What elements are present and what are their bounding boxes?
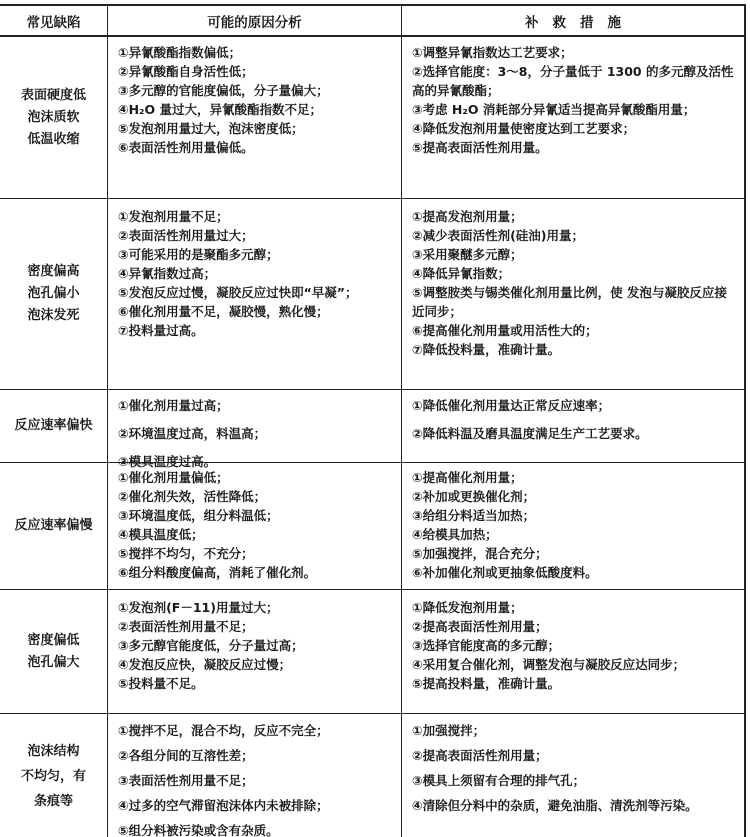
remedies-cell: ①加强搅拌； ②提高表面活性剂用量； ③模具上须留有合理的排气孔； ④清除但分料… bbox=[402, 714, 744, 837]
defect-line: 低温收缩 bbox=[21, 129, 86, 151]
remedy-item: ⑥提高催化剂用量或用活性大的； bbox=[412, 321, 738, 340]
remedies-cell: ①降低催化剂用量达正常反应速率； ②降低料温及磨具温度满足生产工艺要求。 bbox=[402, 390, 744, 462]
defect-line: 泡沫结构 bbox=[21, 739, 86, 764]
cause-item: ②各组分间的互溶性差； bbox=[118, 743, 401, 768]
table-row: 密度偏低 泡孔偏大 ①发泡剂(F－11)用量过大； ②表面活性剂用量不足； ③多… bbox=[0, 590, 744, 714]
cause-item: ②环境温度过高，料温高； bbox=[118, 420, 401, 448]
remedy-item: ①提高发泡剂用量； bbox=[412, 207, 738, 226]
cause-item: ①异氰酸酯指数偏低； bbox=[118, 43, 401, 62]
cause-item: ⑤发泡反应过慢，凝胶反应过快即“早凝”； bbox=[118, 283, 401, 302]
header-remedies: 补救措施 bbox=[402, 6, 744, 35]
cause-item: ⑤发泡剂用量过大，泡沫密度低； bbox=[118, 119, 401, 138]
header-defect-label: 常见缺陷 bbox=[27, 11, 81, 31]
remedy-item: ⑤提高表面活性剂用量。 bbox=[412, 138, 738, 157]
table-row: 反应速率偏快 ①催化剂用量过高； ②环境温度过高，料温高； ③模具温度过高。 ①… bbox=[0, 390, 744, 463]
remedy-item: ⑦降低投料量，准确计量。 bbox=[412, 340, 738, 359]
remedy-item: ④降低异氰指数； bbox=[412, 264, 738, 283]
remedies-cell: ①降低发泡剂用量； ②提高表面活性剂用量； ③选择官能度高的多元醇； ④采用复合… bbox=[402, 590, 744, 713]
defect-cell: 反应速率偏慢 bbox=[0, 463, 108, 589]
causes-cell: ①发泡剂(F－11)用量过大； ②表面活性剂用量不足； ③多元醇官能度低，分子量… bbox=[108, 590, 402, 713]
cause-item: ②异氰酸酯自身活性低； bbox=[118, 62, 401, 81]
remedy-item: ③采用聚醚多元醇； bbox=[412, 245, 738, 264]
cause-item: ①搅拌不足，混合不均，反应不完全； bbox=[118, 718, 401, 743]
remedy-item: ②选择官能度：3～8，分子量低于 1300 的多元醇及活性高的异氰酸酯； bbox=[412, 62, 738, 100]
cause-item: ④模具温度低； bbox=[118, 525, 401, 544]
remedies-cell: ①调整异氰指数达工艺要求； ②选择官能度：3～8，分子量低于 1300 的多元醇… bbox=[402, 37, 744, 198]
remedies-cell: ①提高催化剂用量； ②补加或更换催化剂； ③给组分料适当加热； ④给模具加热； … bbox=[402, 463, 744, 589]
remedy-item: ⑤调整胺类与锡类催化剂用量比例，使 发泡与凝胶反应接近同步； bbox=[412, 283, 738, 321]
remedy-item: ②提高表面活性剂用量； bbox=[412, 617, 738, 636]
remedy-item: ②补加或更换催化剂； bbox=[412, 487, 738, 506]
remedy-item: ②减少表面活性剂(硅油)用量； bbox=[412, 226, 738, 245]
defect-cell: 表面硬度低 泡沫质软 低温收缩 bbox=[0, 37, 108, 198]
remedy-item: ⑤加强搅拌，混合充分； bbox=[412, 544, 738, 563]
cause-item: ④H₂O 量过大，异氰酸酯指数不足； bbox=[118, 100, 401, 119]
defect-line: 表面硬度低 bbox=[21, 85, 86, 107]
defect-line: 反应速率偏慢 bbox=[14, 515, 92, 537]
remedy-item: ③给组分料适当加热； bbox=[412, 506, 738, 525]
cause-item: ⑦投料量过高。 bbox=[118, 321, 401, 340]
cause-item: ①催化剂用量过高； bbox=[118, 392, 401, 420]
remedy-item: ④降低发泡剂用量使密度达到工艺要求； bbox=[412, 119, 738, 138]
remedy-item: ⑥补加催化剂或更抽象低酸度料。 bbox=[412, 563, 738, 582]
table-row: 表面硬度低 泡沫质软 低温收缩 ①异氰酸酯指数偏低； ②异氰酸酯自身活性低； ③… bbox=[0, 37, 744, 199]
cause-item: ⑥催化剂用量不足，凝胶慢，熟化慢； bbox=[118, 302, 401, 321]
table-row: 反应速率偏慢 ①催化剂用量偏低； ②催化剂失效，活性降低； ③环境温度低，组分料… bbox=[0, 463, 744, 590]
defect-line: 泡孔偏小 bbox=[27, 283, 79, 305]
cause-item: ⑤搅拌不均匀，不充分； bbox=[118, 544, 401, 563]
cause-item: ⑤投料量不足。 bbox=[118, 674, 401, 693]
remedy-item: ①降低催化剂用量达正常反应速率； bbox=[412, 392, 738, 420]
defect-line: 密度偏高 bbox=[27, 261, 79, 283]
defect-line: 反应速率偏快 bbox=[14, 415, 92, 437]
defect-line: 泡孔偏大 bbox=[27, 652, 79, 674]
cause-item: ⑥表面活性剂用量偏低。 bbox=[118, 138, 401, 157]
cause-item: ①发泡剂(F－11)用量过大； bbox=[118, 598, 401, 617]
defect-line: 条痕等 bbox=[21, 789, 86, 814]
causes-cell: ①搅拌不足，混合不均，反应不完全； ②各组分间的互溶性差； ③表面活性剂用量不足… bbox=[108, 714, 402, 837]
remedy-item: ③考虑 H₂O 消耗部分异氰适当提高异氰酸酯用量； bbox=[412, 100, 738, 119]
cause-item: ④发泡反应快，凝胶反应过慢； bbox=[118, 655, 401, 674]
cause-item: ③多元醇官能度低，分子量过高； bbox=[118, 636, 401, 655]
cause-item: ③表面活性剂用量不足； bbox=[118, 768, 401, 793]
defect-line: 不均匀，有 bbox=[21, 764, 86, 789]
cause-item: ②催化剂失效，活性降低； bbox=[118, 487, 401, 506]
remedies-cell: ①提高发泡剂用量； ②减少表面活性剂(硅油)用量； ③采用聚醚多元醇； ④降低异… bbox=[402, 199, 744, 389]
cause-item: ③多元醇的官能度偏低，分子量偏大； bbox=[118, 81, 401, 100]
remedy-item: ③选择官能度高的多元醇； bbox=[412, 636, 738, 655]
causes-cell: ①催化剂用量过高； ②环境温度过高，料温高； ③模具温度过高。 bbox=[108, 390, 402, 462]
defect-line: 泡沫发死 bbox=[27, 305, 79, 327]
defect-cell: 密度偏低 泡孔偏大 bbox=[0, 590, 108, 713]
cause-item: ③可能采用的是聚酯多元醇； bbox=[118, 245, 401, 264]
cause-item: ⑥组分料酸度偏高，消耗了催化剂。 bbox=[118, 563, 401, 582]
header-causes: 可能的原因分析 bbox=[108, 6, 402, 35]
remedy-item: ④给模具加热； bbox=[412, 525, 738, 544]
header-remedies-label: 补救措施 bbox=[511, 11, 635, 31]
defects-table: 常见缺陷 可能的原因分析 补救措施 表面硬度低 泡沫质软 低温收缩 ①异氰酸酯指… bbox=[0, 4, 746, 837]
remedy-item: ④采用复合催化剂，调整发泡与凝胶反应达同步； bbox=[412, 655, 738, 674]
table-row: 密度偏高 泡孔偏小 泡沫发死 ①发泡剂用量不足； ②表面活性剂用量过大； ③可能… bbox=[0, 199, 744, 390]
cause-item: ①发泡剂用量不足； bbox=[118, 207, 401, 226]
remedy-item: ②降低料温及磨具温度满足生产工艺要求。 bbox=[412, 420, 738, 448]
remedy-item: ⑤提高投料量，准确计量。 bbox=[412, 674, 738, 693]
cause-item: ①催化剂用量偏低； bbox=[118, 468, 401, 487]
causes-cell: ①催化剂用量偏低； ②催化剂失效，活性降低； ③环境温度低，组分料温低； ④模具… bbox=[108, 463, 402, 589]
defect-cell: 泡沫结构 不均匀，有 条痕等 bbox=[0, 714, 108, 837]
defect-line: 密度偏低 bbox=[27, 630, 79, 652]
defect-cell: 密度偏高 泡孔偏小 泡沫发死 bbox=[0, 199, 108, 389]
defect-line: 泡沫质软 bbox=[21, 107, 86, 129]
header-defect: 常见缺陷 bbox=[0, 6, 108, 35]
remedy-item: ①调整异氰指数达工艺要求； bbox=[412, 43, 738, 62]
remedy-item: ①提高催化剂用量； bbox=[412, 468, 738, 487]
remedy-item: ④清除但分料中的杂质，避免油脂、清洗剂等污染。 bbox=[412, 793, 738, 818]
remedy-item: ③模具上须留有合理的排气孔； bbox=[412, 768, 738, 793]
remedy-item: ①降低发泡剂用量； bbox=[412, 598, 738, 617]
table-row: 泡沫结构 不均匀，有 条痕等 ①搅拌不足，混合不均，反应不完全； ②各组分间的互… bbox=[0, 714, 744, 837]
cause-item: ②表面活性剂用量不足； bbox=[118, 617, 401, 636]
cause-item: ⑤组分料被污染或含有杂质。 bbox=[118, 818, 401, 837]
remedy-item: ②提高表面活性剂用量； bbox=[412, 743, 738, 768]
cause-item: ③环境温度低，组分料温低； bbox=[118, 506, 401, 525]
causes-cell: ①异氰酸酯指数偏低； ②异氰酸酯自身活性低； ③多元醇的官能度偏低，分子量偏大；… bbox=[108, 37, 402, 198]
remedy-item: ①加强搅拌； bbox=[412, 718, 738, 743]
cause-item: ④过多的空气滞留泡沫体内未被排除； bbox=[118, 793, 401, 818]
cause-item: ②表面活性剂用量过大； bbox=[118, 226, 401, 245]
header-causes-label: 可能的原因分析 bbox=[207, 11, 302, 31]
defect-cell: 反应速率偏快 bbox=[0, 390, 108, 462]
causes-cell: ①发泡剂用量不足； ②表面活性剂用量过大； ③可能采用的是聚酯多元醇； ④异氰指… bbox=[108, 199, 402, 389]
header-row: 常见缺陷 可能的原因分析 补救措施 bbox=[0, 6, 744, 37]
cause-item: ④异氰指数过高； bbox=[118, 264, 401, 283]
